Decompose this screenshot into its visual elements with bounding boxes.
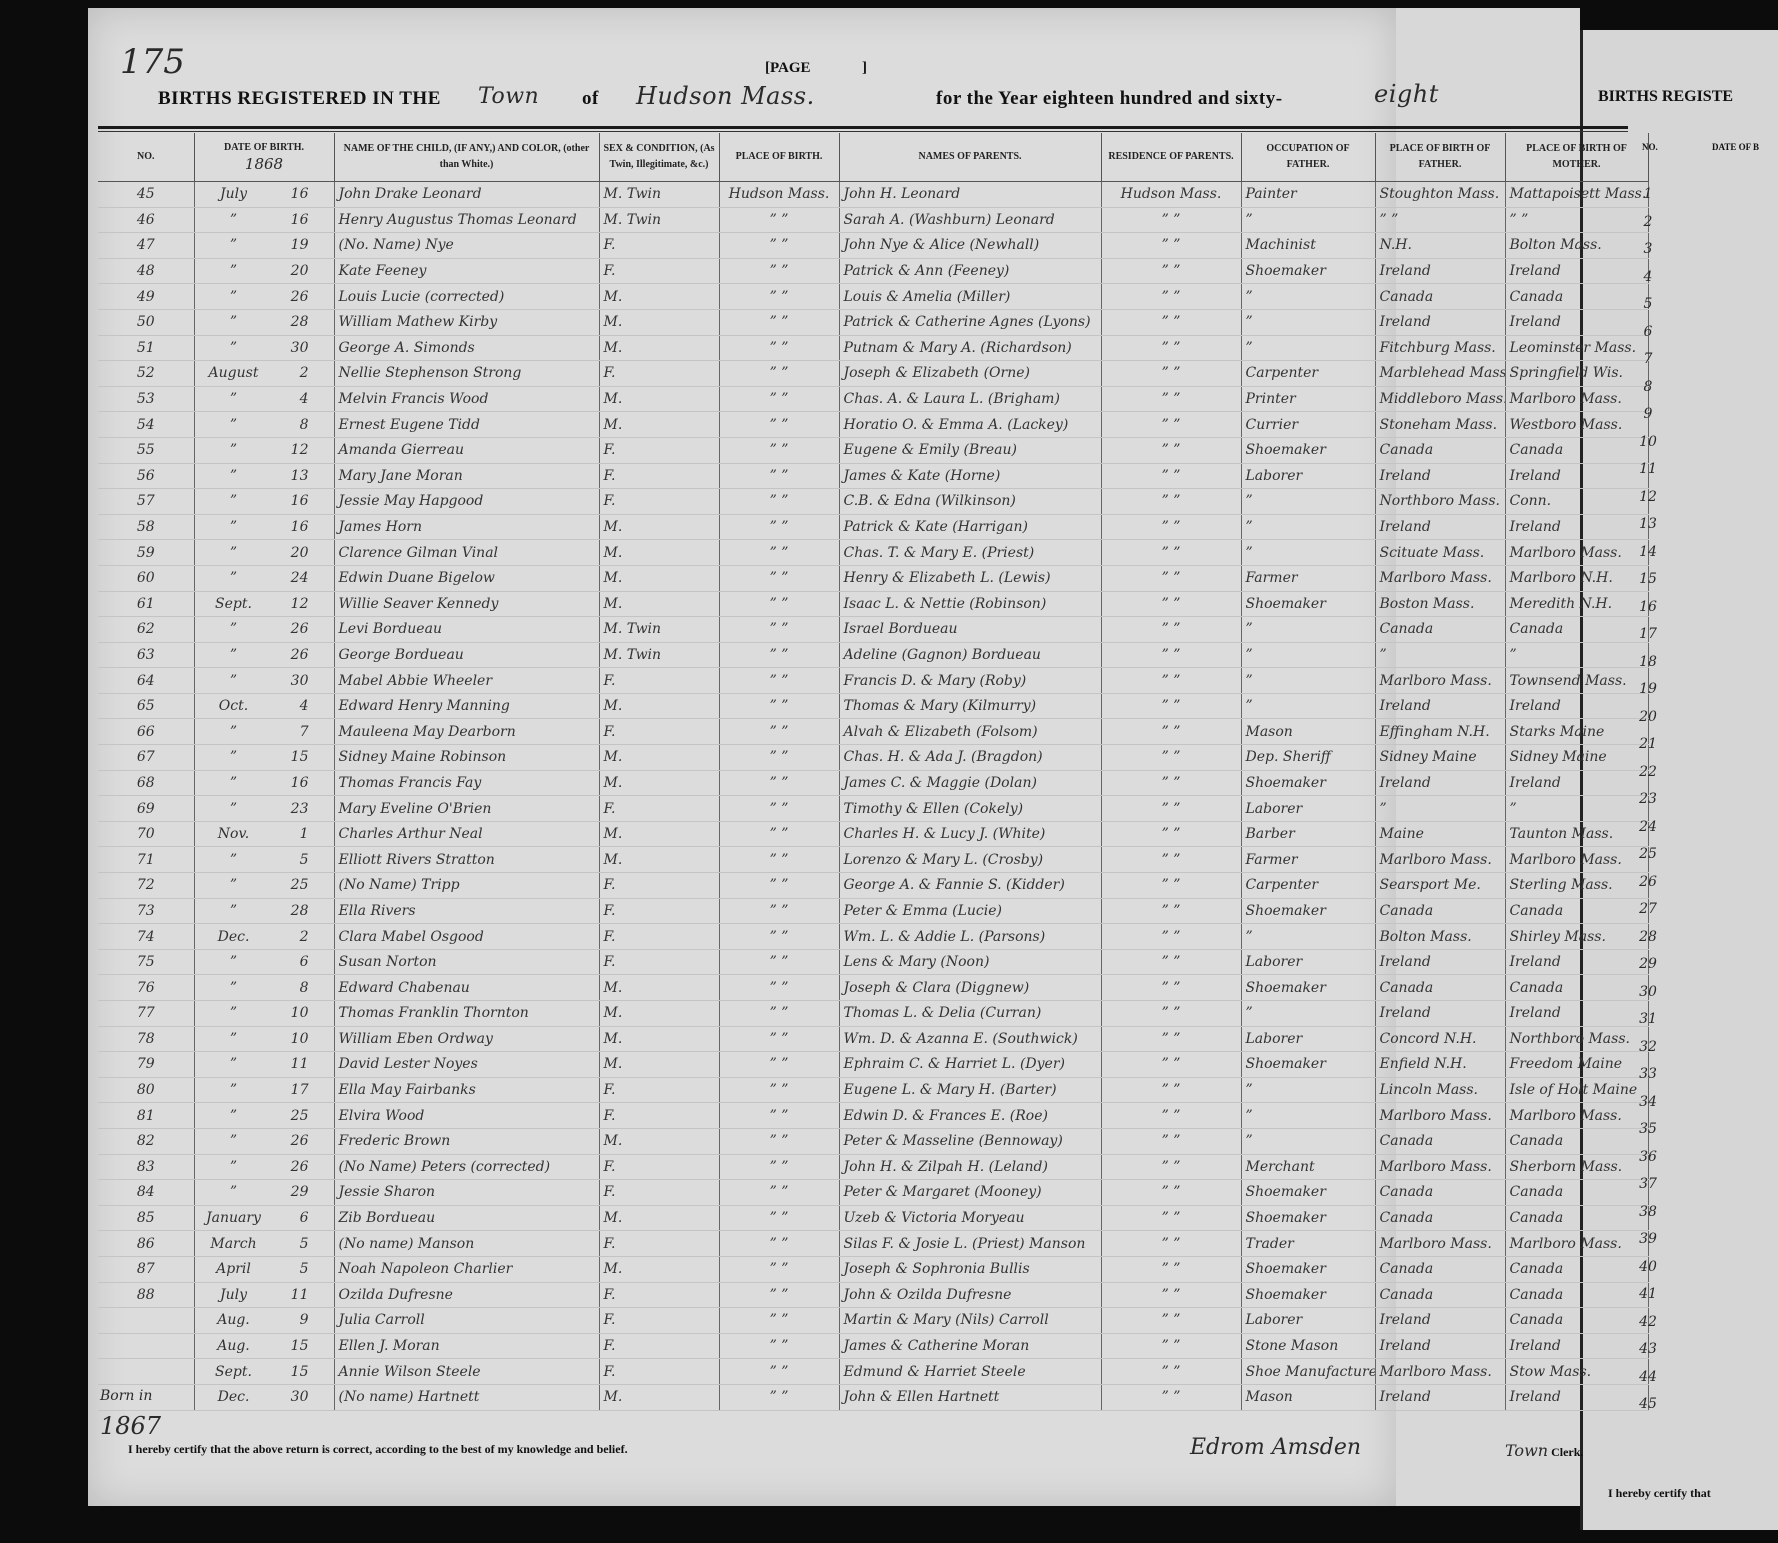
cell-date: ”16: [194, 207, 334, 233]
cell-occupation: Laborer: [1241, 796, 1375, 822]
cell-name: Clara Mabel Osgood: [334, 924, 599, 950]
cell-sex: F.: [599, 1308, 719, 1334]
col-father-birthplace: PLACE OF BIRTH OF FATHER.: [1375, 133, 1505, 182]
table-row: 46”16Henry Augustus Thomas LeonardM. Twi…: [98, 207, 1728, 233]
col-spacer: [1648, 133, 1728, 182]
cell-father-birth: Stoneham Mass.: [1375, 412, 1505, 438]
cell-place: ” ”: [719, 309, 839, 335]
cell-sex: F.: [599, 233, 719, 259]
table-row: 84”29Jessie SharonF.” ”Peter & Margaret …: [98, 1180, 1728, 1206]
cell-occupation: ”: [1241, 1103, 1375, 1129]
cell-occupation: ”: [1241, 309, 1375, 335]
col-mother-birthplace: PLACE OF BIRTH OF MOTHER.: [1505, 133, 1648, 182]
table-row: 71”5Elliott Rivers StrattonM.” ”Lorenzo …: [98, 847, 1728, 873]
cell-residence: ” ”: [1101, 1205, 1241, 1231]
cell-residence: ” ”: [1101, 565, 1241, 591]
cell-parents: Wm. D. & Azanna E. (Southwick): [839, 1026, 1101, 1052]
cell-date: March5: [194, 1231, 334, 1257]
cell-date: Nov.1: [194, 821, 334, 847]
cell-name: Mary Jane Moran: [334, 463, 599, 489]
cell-occupation: Printer: [1241, 386, 1375, 412]
cell-parents: Israel Bordueau: [839, 617, 1101, 643]
facing-row-number: 7: [1598, 351, 1698, 379]
cell-parents: Edwin D. & Frances E. (Roe): [839, 1103, 1101, 1129]
cell-no: 45: [98, 182, 194, 208]
cell-sex: M.: [599, 821, 719, 847]
facing-row-number: 26: [1598, 874, 1698, 902]
cell-no: 49: [98, 284, 194, 310]
cell-place: ” ”: [719, 770, 839, 796]
cell-parents: Horatio O. & Emma A. (Lackey): [839, 412, 1101, 438]
table-row: 67”15Sidney Maine RobinsonM.” ”Chas. H. …: [98, 745, 1728, 771]
cell-name: Jessie May Hapgood: [334, 489, 599, 515]
cell-parents: Wm. L. & Addie L. (Parsons): [839, 924, 1101, 950]
cell-name: Mabel Abbie Wheeler: [334, 668, 599, 694]
table-row: 65Oct.4Edward Henry ManningM.” ”Thomas &…: [98, 693, 1728, 719]
cell-residence: Hudson Mass.: [1101, 182, 1241, 208]
cell-father-birth: Marlboro Mass.: [1375, 1231, 1505, 1257]
cell-residence: ” ”: [1101, 1384, 1241, 1410]
cell-residence: ” ”: [1101, 1180, 1241, 1206]
cell-name: Ozilda Dufresne: [334, 1282, 599, 1308]
cell-father-birth: Marlboro Mass.: [1375, 565, 1505, 591]
cell-date: ”28: [194, 309, 334, 335]
cell-occupation: Shoemaker: [1241, 437, 1375, 463]
cell-parents: Putnam & Mary A. (Richardson): [839, 335, 1101, 361]
cell-father-birth: Northboro Mass.: [1375, 489, 1505, 515]
cell-no: 70: [98, 821, 194, 847]
cell-name: Melvin Francis Wood: [334, 386, 599, 412]
facing-row-number: 36: [1598, 1149, 1698, 1177]
cell-date: ”4: [194, 386, 334, 412]
page-close-bracket: ]: [862, 60, 867, 77]
cell-name: Clarence Gilman Vinal: [334, 540, 599, 566]
cell-name: Mary Eveline O'Brien: [334, 796, 599, 822]
facing-page-title: BIRTHS REGISTE: [1598, 88, 1733, 106]
cell-residence: ” ”: [1101, 540, 1241, 566]
table-row: 59”20Clarence Gilman VinalM.” ”Chas. T. …: [98, 540, 1728, 566]
cell-sex: F.: [599, 258, 719, 284]
cell-sex: F.: [599, 361, 719, 387]
cell-date: January6: [194, 1205, 334, 1231]
cell-residence: ” ”: [1101, 1103, 1241, 1129]
table-row: 74Dec.2Clara Mabel OsgoodF.” ”Wm. L. & A…: [98, 924, 1728, 950]
cell-sex: F.: [599, 898, 719, 924]
cell-occupation: ”: [1241, 1001, 1375, 1027]
table-row: 45July16John Drake LeonardM. TwinHudson …: [98, 182, 1728, 208]
page-label: [PAGE: [765, 60, 811, 77]
cell-no: 65: [98, 693, 194, 719]
cell-sex: M. Twin: [599, 182, 719, 208]
cell-residence: ” ”: [1101, 1128, 1241, 1154]
cell-father-birth: Maine: [1375, 821, 1505, 847]
cell-name: Elvira Wood: [334, 1103, 599, 1129]
cell-date: ”28: [194, 898, 334, 924]
cell-occupation: Barber: [1241, 821, 1375, 847]
cell-place: ” ”: [719, 1128, 839, 1154]
cell-occupation: ”: [1241, 207, 1375, 233]
cell-father-birth: ”: [1375, 642, 1505, 668]
cell-father-birth: Concord N.H.: [1375, 1026, 1505, 1052]
cell-occupation: ”: [1241, 668, 1375, 694]
header-rule: [98, 126, 1628, 129]
cell-parents: John H. Leonard: [839, 182, 1101, 208]
table-row: 73”28Ella RiversF.” ”Peter & Emma (Lucie…: [98, 898, 1728, 924]
facing-row-number: 41: [1598, 1286, 1698, 1314]
col-date: DATE OF BIRTH.1868: [194, 133, 334, 182]
cell-place: ” ”: [719, 258, 839, 284]
cell-parents: Alvah & Elizabeth (Folsom): [839, 719, 1101, 745]
cell-parents: Eugene L. & Mary H. (Barter): [839, 1077, 1101, 1103]
cell-place: ” ”: [719, 873, 839, 899]
cell-residence: ” ”: [1101, 463, 1241, 489]
cell-place: ” ”: [719, 565, 839, 591]
facing-col-no: NO.: [1642, 142, 1658, 152]
cell-parents: John & Ellen Hartnett: [839, 1384, 1101, 1410]
cell-no: 64: [98, 668, 194, 694]
cell-sex: F.: [599, 668, 719, 694]
cell-no: 77: [98, 1001, 194, 1027]
cell-place: ” ”: [719, 924, 839, 950]
cell-father-birth: Canada: [1375, 1256, 1505, 1282]
table-row: 58”16James HornM.” ”Patrick & Kate (Harr…: [98, 514, 1728, 540]
cell-sex: M.: [599, 386, 719, 412]
cell-date: July11: [194, 1282, 334, 1308]
cell-date: ”30: [194, 668, 334, 694]
cell-date: Aug.15: [194, 1333, 334, 1359]
cell-name: William Eben Ordway: [334, 1026, 599, 1052]
cell-father-birth: Sidney Maine: [1375, 745, 1505, 771]
cell-date: ”8: [194, 975, 334, 1001]
facing-row-number: 1: [1598, 186, 1698, 214]
cell-no: 73: [98, 898, 194, 924]
cell-occupation: Farmer: [1241, 565, 1375, 591]
facing-row-number: 5: [1598, 296, 1698, 324]
cell-residence: ” ”: [1101, 284, 1241, 310]
cell-father-birth: Effingham N.H.: [1375, 719, 1505, 745]
table-row: 79”11David Lester NoyesM.” ”Ephraim C. &…: [98, 1052, 1728, 1078]
cell-occupation: Shoemaker: [1241, 258, 1375, 284]
table-row: 78”10William Eben OrdwayM.” ”Wm. D. & Az…: [98, 1026, 1728, 1052]
cell-name: Levi Bordueau: [334, 617, 599, 643]
cell-residence: ” ”: [1101, 258, 1241, 284]
year-annotation: 1868: [245, 155, 283, 173]
cell-place: ” ”: [719, 949, 839, 975]
facing-row-number: 42: [1598, 1314, 1698, 1342]
cell-place: ” ”: [719, 719, 839, 745]
cell-sex: M.: [599, 335, 719, 361]
cell-residence: ” ”: [1101, 1052, 1241, 1078]
cell-place: ” ”: [719, 284, 839, 310]
cell-occupation: ”: [1241, 284, 1375, 310]
cell-date: ”5: [194, 847, 334, 873]
cell-residence: ” ”: [1101, 719, 1241, 745]
cell-sex: F.: [599, 437, 719, 463]
cell-no: 84: [98, 1180, 194, 1206]
cell-name: Noah Napoleon Charlier: [334, 1256, 599, 1282]
of-label: of: [582, 88, 599, 110]
cell-name: Nellie Stephenson Strong: [334, 361, 599, 387]
table-row: 69”23Mary Eveline O'BrienF.” ”Timothy & …: [98, 796, 1728, 822]
cell-father-birth: Lincoln Mass.: [1375, 1077, 1505, 1103]
cell-name: Frederic Brown: [334, 1128, 599, 1154]
cell-parents: Martin & Mary (Nils) Carroll: [839, 1308, 1101, 1334]
col-place-of-birth: PLACE OF BIRTH.: [719, 133, 839, 182]
cell-residence: ” ”: [1101, 1308, 1241, 1334]
cell-residence: ” ”: [1101, 1026, 1241, 1052]
cell-father-birth: Marlboro Mass.: [1375, 1103, 1505, 1129]
cell-occupation: Shoemaker: [1241, 591, 1375, 617]
cell-sex: M.: [599, 309, 719, 335]
facing-row-number: 39: [1598, 1231, 1698, 1259]
cell-father-birth: Ireland: [1375, 1333, 1505, 1359]
cell-residence: ” ”: [1101, 514, 1241, 540]
table-row: 88July11Ozilda DufresneF.” ”John & Ozild…: [98, 1282, 1728, 1308]
cell-father-birth: Marlboro Mass.: [1375, 668, 1505, 694]
cell-date: ”23: [194, 796, 334, 822]
cell-no: 51: [98, 335, 194, 361]
cell-father-birth: Searsport Me.: [1375, 873, 1505, 899]
cell-date: Aug.9: [194, 1308, 334, 1334]
cell-sex: M. Twin: [599, 642, 719, 668]
table-row: 53”4Melvin Francis WoodM.” ”Chas. A. & L…: [98, 386, 1728, 412]
cell-residence: ” ”: [1101, 617, 1241, 643]
cell-residence: ” ”: [1101, 1359, 1241, 1385]
cell-date: ”10: [194, 1001, 334, 1027]
header-rule-thin: [98, 131, 1628, 132]
cell-occupation: Laborer: [1241, 463, 1375, 489]
cell-date: ”7: [194, 719, 334, 745]
cell-date: ”26: [194, 617, 334, 643]
cell-father-birth: Ireland: [1375, 770, 1505, 796]
cell-place: ” ”: [719, 1282, 839, 1308]
cell-occupation: Dep. Sheriff: [1241, 745, 1375, 771]
cell-parents: John & Ozilda Dufresne: [839, 1282, 1101, 1308]
cell-date: Sept.15: [194, 1359, 334, 1385]
cell-residence: ” ”: [1101, 1256, 1241, 1282]
cell-father-birth: N.H.: [1375, 233, 1505, 259]
facing-row-number: 23: [1598, 791, 1698, 819]
cell-no: 87: [98, 1256, 194, 1282]
cell-father-birth: Canada: [1375, 1282, 1505, 1308]
cell-residence: ” ”: [1101, 1077, 1241, 1103]
cell-name: Elliott Rivers Stratton: [334, 847, 599, 873]
cell-date: ”6: [194, 949, 334, 975]
cell-father-birth: Marblehead Mass.: [1375, 361, 1505, 387]
cell-occupation: ”: [1241, 489, 1375, 515]
cell-father-birth: Canada: [1375, 284, 1505, 310]
table-row: 80”17Ella May FairbanksF.” ”Eugene L. & …: [98, 1077, 1728, 1103]
late-entries-year: 1867: [100, 1412, 161, 1440]
cell-father-birth: Ireland: [1375, 463, 1505, 489]
cell-sex: M.: [599, 975, 719, 1001]
cell-occupation: ”: [1241, 693, 1375, 719]
cell-place: ” ”: [719, 437, 839, 463]
facing-row-number: 25: [1598, 846, 1698, 874]
cell-date: ”25: [194, 1103, 334, 1129]
cell-occupation: Mason: [1241, 1384, 1375, 1410]
cell-no: 62: [98, 617, 194, 643]
cell-residence: ” ”: [1101, 1001, 1241, 1027]
cell-sex: M.: [599, 412, 719, 438]
cell-parents: Charles H. & Lucy J. (White): [839, 821, 1101, 847]
cell-sex: M. Twin: [599, 617, 719, 643]
facing-row-number: 19: [1598, 681, 1698, 709]
facing-row-number: 20: [1598, 709, 1698, 737]
cell-father-birth: Ireland: [1375, 1001, 1505, 1027]
facing-row-number: 6: [1598, 324, 1698, 352]
cell-date: ”26: [194, 1154, 334, 1180]
cell-parents: Francis D. & Mary (Roby): [839, 668, 1101, 694]
cell-date: July16: [194, 182, 334, 208]
table-row: 57”16Jessie May HapgoodF.” ”C.B. & Edna …: [98, 489, 1728, 515]
cell-name: John Drake Leonard: [334, 182, 599, 208]
cell-parents: Peter & Masseline (Bennoway): [839, 1128, 1101, 1154]
cell-no: 57: [98, 489, 194, 515]
cell-residence: ” ”: [1101, 361, 1241, 387]
cell-sex: M.: [599, 591, 719, 617]
cell-place: ” ”: [719, 693, 839, 719]
cell-no: 78: [98, 1026, 194, 1052]
cell-sex: M.: [599, 565, 719, 591]
cell-date: April5: [194, 1256, 334, 1282]
cell-date: ”30: [194, 335, 334, 361]
cell-sex: M.: [599, 1128, 719, 1154]
cell-parents: Louis & Amelia (Miller): [839, 284, 1101, 310]
cell-no: 82: [98, 1128, 194, 1154]
cell-name: Annie Wilson Steele: [334, 1359, 599, 1385]
facing-row-number: 24: [1598, 819, 1698, 847]
facing-row-number: 35: [1598, 1121, 1698, 1149]
cell-occupation: Machinist: [1241, 233, 1375, 259]
facing-row-number: 18: [1598, 654, 1698, 682]
cell-no: 74: [98, 924, 194, 950]
cell-date: ”20: [194, 258, 334, 284]
clerk-signature: Edrom Amsden: [1190, 1435, 1361, 1460]
cell-sex: M.: [599, 1001, 719, 1027]
cell-no: 58: [98, 514, 194, 540]
cell-parents: Chas. A. & Laura L. (Brigham): [839, 386, 1101, 412]
cell-occupation: Shoemaker: [1241, 1256, 1375, 1282]
facing-row-number: 32: [1598, 1039, 1698, 1067]
col-sex-condition: SEX & CONDITION, (As Twin, Illegitimate,…: [599, 133, 719, 182]
cell-occupation: Carpenter: [1241, 361, 1375, 387]
cell-name: George Bordueau: [334, 642, 599, 668]
cell-sex: M.: [599, 745, 719, 771]
cell-parents: George A. & Fannie S. (Kidder): [839, 873, 1101, 899]
table-row: 81”25Elvira WoodF.” ”Edwin D. & Frances …: [98, 1103, 1728, 1129]
cell-name: Edward Chabenau: [334, 975, 599, 1001]
cell-parents: Joseph & Sophronia Bullis: [839, 1256, 1101, 1282]
table-row: 82”26Frederic BrownM.” ”Peter & Masselin…: [98, 1128, 1728, 1154]
cell-father-birth: Ireland: [1375, 1384, 1505, 1410]
cell-father-birth: Ireland: [1375, 258, 1505, 284]
cell-residence: ” ”: [1101, 642, 1241, 668]
facing-row-number: 10: [1598, 434, 1698, 462]
table-row: 49”26Louis Lucie (corrected)M.” ”Louis &…: [98, 284, 1728, 310]
cell-parents: Henry & Elizabeth L. (Lewis): [839, 565, 1101, 591]
cell-no: 69: [98, 796, 194, 822]
cell-no: 75: [98, 949, 194, 975]
table-row: 83”26(No Name) Peters (corrected)F.” ”Jo…: [98, 1154, 1728, 1180]
cell-no: 68: [98, 770, 194, 796]
cell-occupation: ”: [1241, 540, 1375, 566]
cell-residence: ” ”: [1101, 1231, 1241, 1257]
table-row: 47”19(No. Name) NyeF.” ”John Nye & Alice…: [98, 233, 1728, 259]
cell-place: ” ”: [719, 975, 839, 1001]
cell-date: ”26: [194, 284, 334, 310]
facing-row-number: 16: [1598, 599, 1698, 627]
cell-no: 60: [98, 565, 194, 591]
cell-name: Edward Henry Manning: [334, 693, 599, 719]
cell-place: ” ”: [719, 489, 839, 515]
cell-father-birth: Canada: [1375, 1205, 1505, 1231]
cell-name: Amanda Gierreau: [334, 437, 599, 463]
cell-sex: F.: [599, 1282, 719, 1308]
table-row: 56”13Mary Jane MoranF.” ”James & Kate (H…: [98, 463, 1728, 489]
cell-residence: ” ”: [1101, 821, 1241, 847]
cell-name: Edwin Duane Bigelow: [334, 565, 599, 591]
cell-sex: F.: [599, 719, 719, 745]
register-rows: 45July16John Drake LeonardM. TwinHudson …: [98, 182, 1728, 1411]
cell-date: ”24: [194, 565, 334, 591]
cell-no: 46: [98, 207, 194, 233]
facing-row-number: 11: [1598, 461, 1698, 489]
table-row: 50”28William Mathew KirbyM.” ”Patrick & …: [98, 309, 1728, 335]
cell-sex: F.: [599, 1103, 719, 1129]
cell-no: 80: [98, 1077, 194, 1103]
cell-place: ” ”: [719, 1384, 839, 1410]
cell-residence: ” ”: [1101, 924, 1241, 950]
cell-father-birth: Canada: [1375, 975, 1505, 1001]
cell-father-birth: ” ”: [1375, 207, 1505, 233]
facing-row-number: 34: [1598, 1094, 1698, 1122]
cell-parents: Lens & Mary (Noon): [839, 949, 1101, 975]
facing-row-number: 4: [1598, 269, 1698, 297]
cell-father-birth: Marlboro Mass.: [1375, 1359, 1505, 1385]
cell-place: ” ”: [719, 514, 839, 540]
cell-date: Oct.4: [194, 693, 334, 719]
cell-occupation: Mason: [1241, 719, 1375, 745]
cell-place: ” ”: [719, 1308, 839, 1334]
facing-row-number: 28: [1598, 929, 1698, 957]
cell-place: ” ”: [719, 642, 839, 668]
cell-no: 88: [98, 1282, 194, 1308]
cell-parents: Chas. T. & Mary E. (Priest): [839, 540, 1101, 566]
table-row: 72”25(No Name) TrippF.” ”George A. & Fan…: [98, 873, 1728, 899]
cell-father-birth: Canada: [1375, 1128, 1505, 1154]
cell-name: Ellen J. Moran: [334, 1333, 599, 1359]
cell-name: Thomas Francis Fay: [334, 770, 599, 796]
facing-row-number: 13: [1598, 516, 1698, 544]
table-row: Sept.15Annie Wilson SteeleF.” ”Edmund & …: [98, 1359, 1728, 1385]
cell-name: David Lester Noyes: [334, 1052, 599, 1078]
cell-occupation: ”: [1241, 335, 1375, 361]
municipality-type: Town: [478, 84, 539, 109]
cell-place: ” ”: [719, 1026, 839, 1052]
cell-no: 55: [98, 437, 194, 463]
cell-date: ”13: [194, 463, 334, 489]
municipality-name: Hudson Mass.: [636, 82, 815, 110]
col-occupation: OCCUPATION OF FATHER.: [1241, 133, 1375, 182]
cell-father-birth: Marlboro Mass.: [1375, 1154, 1505, 1180]
facing-row-number: 31: [1598, 1011, 1698, 1039]
cell-place: ” ”: [719, 1359, 839, 1385]
cell-parents: Isaac L. & Nettie (Robinson): [839, 591, 1101, 617]
cell-date: ”16: [194, 770, 334, 796]
cell-sex: M.: [599, 1026, 719, 1052]
cell-residence: ” ”: [1101, 1333, 1241, 1359]
